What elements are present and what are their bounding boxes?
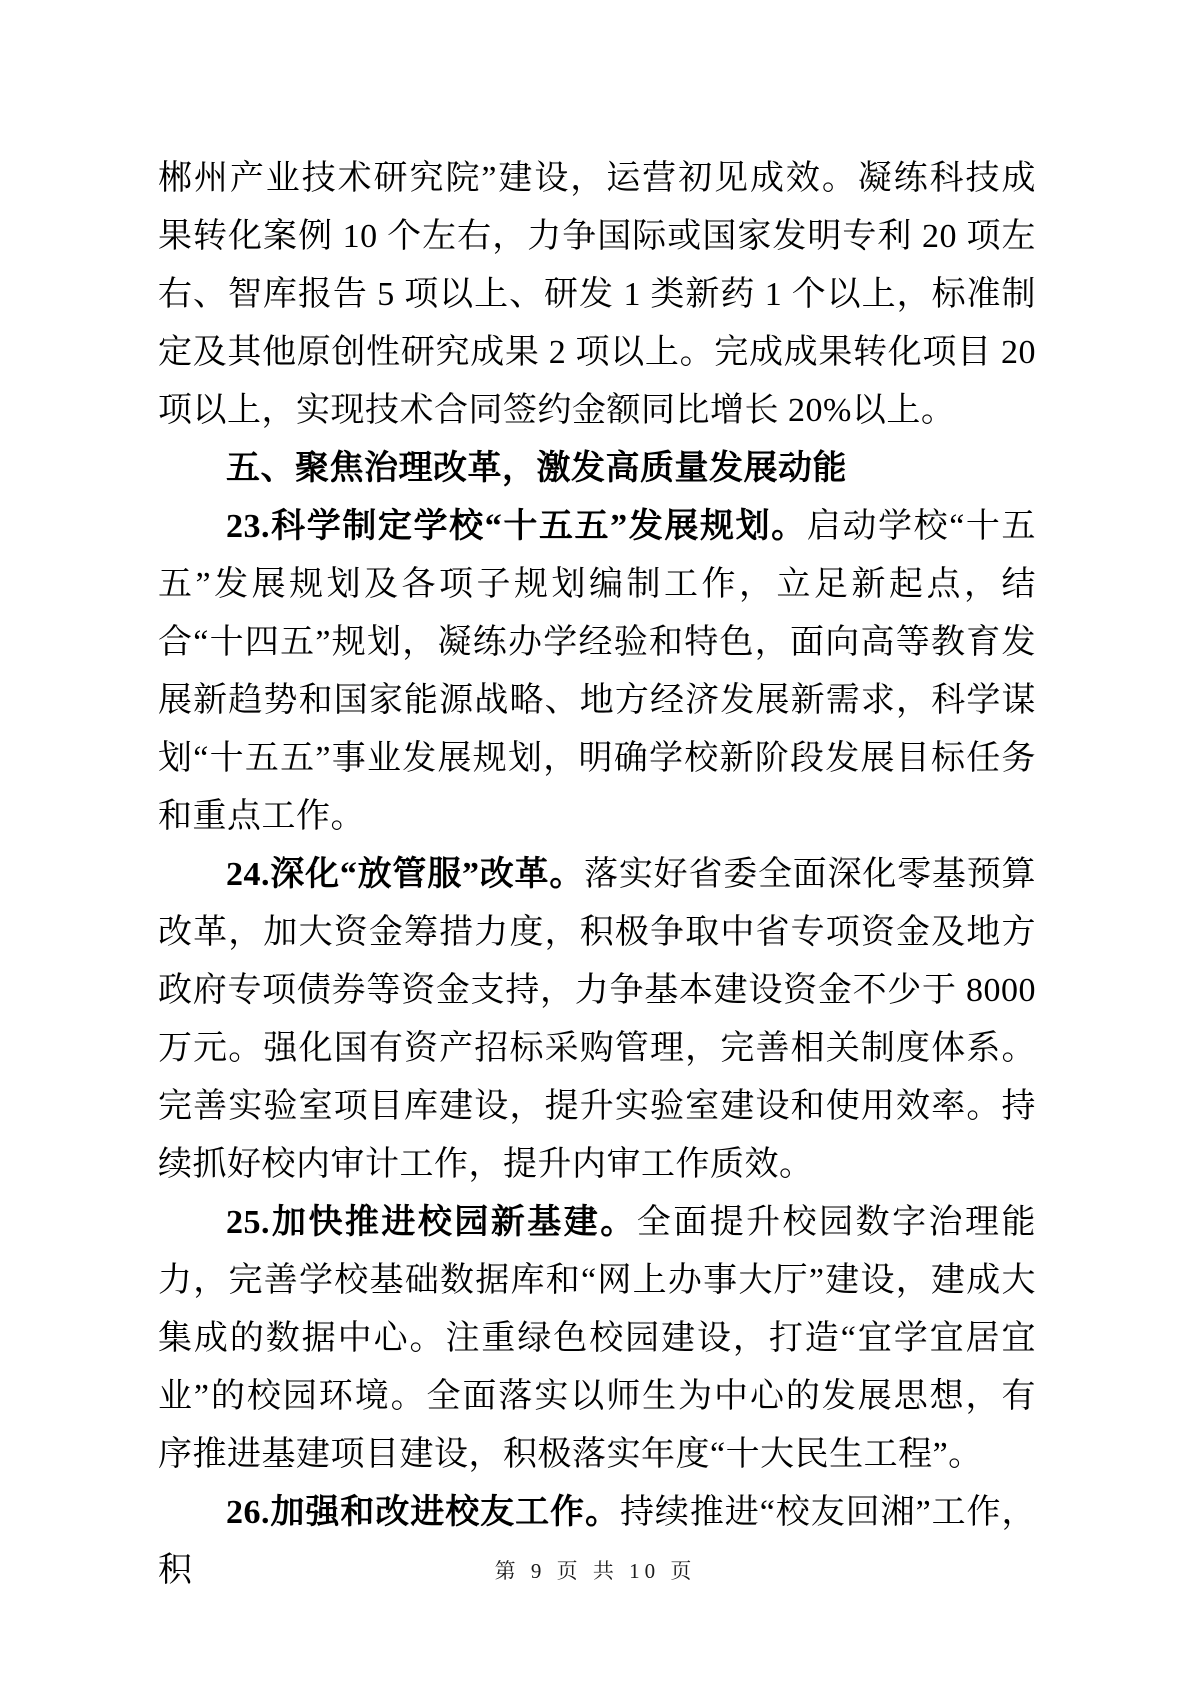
paragraph-item-24: 24.深化“放管服”改革。落实好省委全面深化零基预算改革，加大资金筹措力度，积极… [158,846,1036,1194]
page-number-footer: 第 9 页 共 10 页 [0,1556,1191,1586]
item-24-text: 落实好省委全面深化零基预算改革，加大资金筹措力度，积极争取中省专项资金及地方政府… [158,856,1036,1183]
paragraph-item-23: 23.科学制定学校“十五五”发展规划。启动学校“十五五”发展规划及各项子规划编制… [158,498,1036,846]
item-25-text: 全面提升校园数字治理能力，完善学校基础数据库和“网上办事大厅”建设，建成大集成的… [158,1204,1036,1473]
item-24-lead: 24.深化“放管服”改革。 [226,856,584,893]
item-23-lead: 23.科学制定学校“十五五”发展规划。 [226,508,807,545]
paragraph-continuation: 郴州产业技术研究院”建设，运营初见成效。凝练科技成果转化案例 10 个左右，力争… [158,150,1036,440]
item-26-lead: 26.加强和改进校友工作。 [226,1494,620,1531]
paragraph-item-25: 25.加快推进校园新基建。全面提升校园数字治理能力，完善学校基础数据库和“网上办… [158,1194,1036,1484]
item-25-lead: 25.加快推进校园新基建。 [226,1204,637,1241]
document-page: 郴州产业技术研究院”建设，运营初见成效。凝练科技成果转化案例 10 个左右，力争… [0,0,1191,1684]
document-body: 郴州产业技术研究院”建设，运营初见成效。凝练科技成果转化案例 10 个左右，力争… [158,150,1036,1600]
section-heading-5: 五、聚焦治理改革，激发高质量发展动能 [158,440,1036,498]
item-23-text: 启动学校“十五五”发展规划及各项子规划编制工作，立足新起点，结合“十四五”规划，… [158,508,1036,835]
